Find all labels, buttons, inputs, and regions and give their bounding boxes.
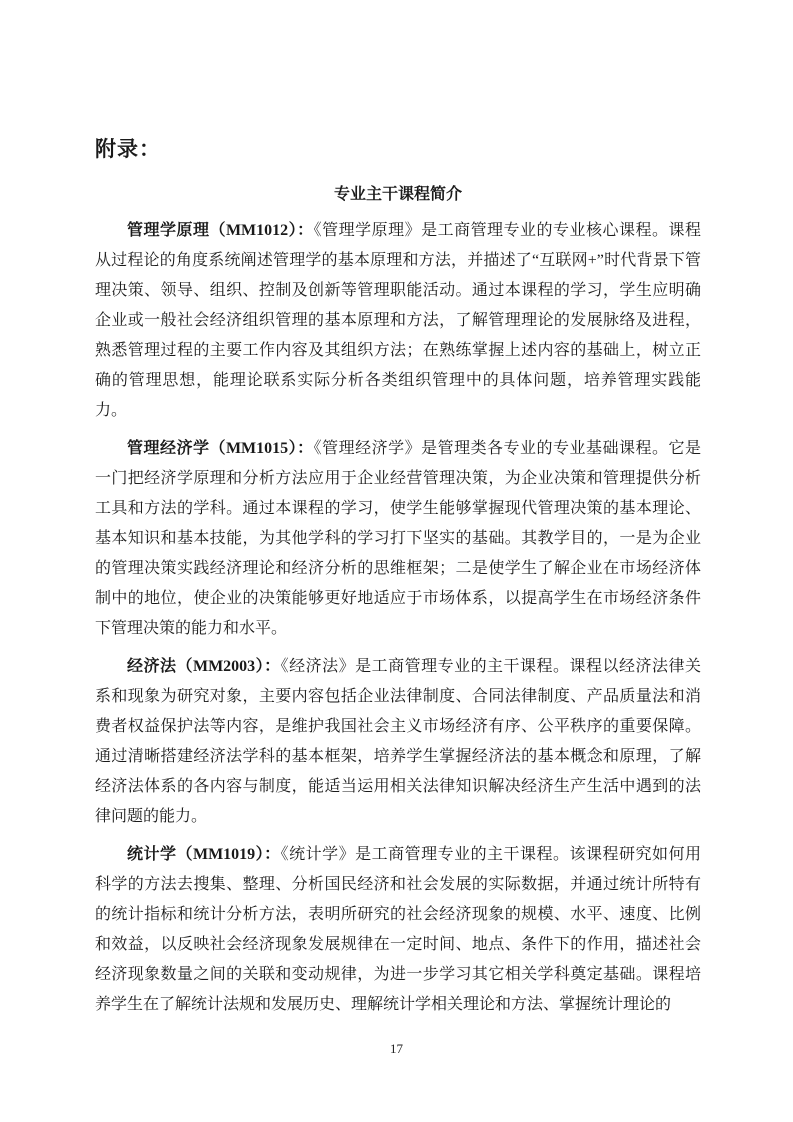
course-paragraph: 管理经济学（MM1015）：《管理经济学》是管理类各专业的专业基础课程。它是一门… bbox=[95, 434, 701, 644]
course-description: 《管理经济学》是管理类各专业的专业基础课程。它是一门把经济学原理和分析方法应用于… bbox=[95, 440, 701, 637]
course-title: 管理学原理（MM1012）： bbox=[127, 222, 314, 239]
course-title: 统计学（MM1019）： bbox=[127, 846, 281, 863]
course-description: 《管理学原理》是工商管理专业的专业核心课程。课程从过程论的角度系统阐述管理学的基… bbox=[95, 222, 701, 419]
section-heading: 专业主干课程简介 bbox=[95, 184, 701, 205]
document-page: 附录： 专业主干课程简介 管理学原理（MM1012）：《管理学原理》是工商管理专… bbox=[0, 0, 793, 1122]
page-number: 17 bbox=[0, 1041, 793, 1057]
course-list: 管理学原理（MM1012）：《管理学原理》是工商管理专业的专业核心课程。课程从过… bbox=[95, 216, 701, 1020]
course-description: 《经济法》是工商管理专业的主干课程。课程以经济法律关系和现象为研究对象，主要内容… bbox=[95, 658, 701, 825]
course-title: 经济法（MM2003）： bbox=[127, 658, 281, 675]
course-title: 管理经济学（MM1015）： bbox=[127, 440, 314, 457]
appendix-label: 附录： bbox=[95, 136, 701, 163]
course-paragraph: 统计学（MM1019）：《统计学》是工商管理专业的主干课程。该课程研究如何用科学… bbox=[95, 840, 701, 1020]
course-description: 《统计学》是工商管理专业的主干课程。该课程研究如何用科学的方法去搜集、整理、分析… bbox=[95, 846, 701, 1013]
course-paragraph: 经济法（MM2003）：《经济法》是工商管理专业的主干课程。课程以经济法律关系和… bbox=[95, 652, 701, 832]
course-paragraph: 管理学原理（MM1012）：《管理学原理》是工商管理专业的专业核心课程。课程从过… bbox=[95, 216, 701, 426]
